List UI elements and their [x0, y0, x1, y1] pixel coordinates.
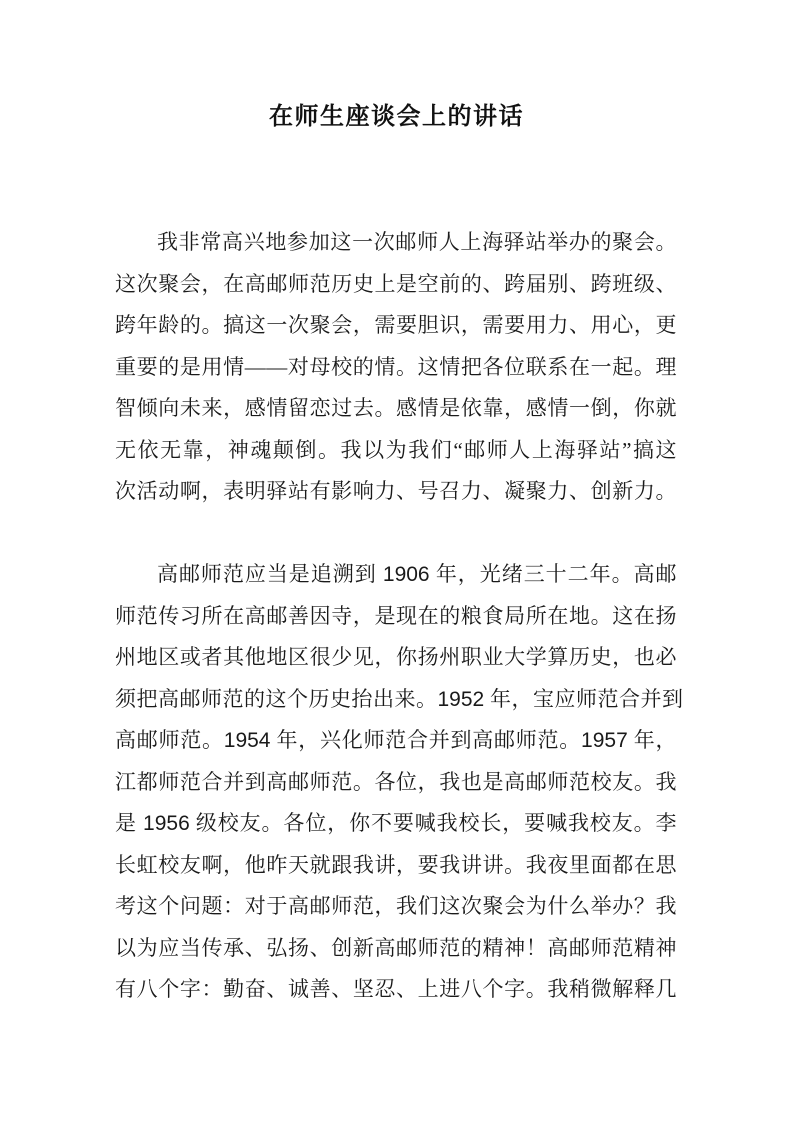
numeric-text: 1956	[143, 812, 190, 835]
document-page: 在师生座谈会上的讲话 我非常高兴地参加这一次邮师人上海驿站举办的聚会。这次聚会，…	[0, 0, 793, 1122]
text-line: 考这个问题：对于高邮师范，我们这次聚会为什么举办？我	[115, 886, 677, 928]
text-line: 重要的是用情——对母校的情。这情把各位联系在一起。理	[115, 347, 677, 389]
text-line: 须把高邮师范的这个历史抬出来。1952 年，宝应师范合并到	[115, 679, 677, 721]
text-line: 长虹校友啊，他昨天就跟我讲，要我讲讲。我夜里面都在思	[115, 845, 677, 887]
text-line: 这次聚会，在高邮师范历史上是空前的、跨届别、跨班级、	[115, 264, 677, 306]
text-line: 以为应当传承、弘扬、创新高邮师范的精神！高邮师范精神	[115, 928, 677, 970]
document-body: 我非常高兴地参加这一次邮师人上海驿站举办的聚会。这次聚会，在高邮师范历史上是空前…	[115, 222, 677, 1052]
numeric-text: 1952	[438, 688, 485, 711]
text-line: 我非常高兴地参加这一次邮师人上海驿站举办的聚会。	[115, 222, 677, 264]
document-title: 在师生座谈会上的讲话	[0, 96, 793, 131]
text-line: 有八个字：勤奋、诚善、坚忍、上进八个字。我稍微解释几	[115, 969, 677, 1011]
text-line: 师范传习所在高邮善因寺，是现在的粮食局所在地。这在扬	[115, 596, 677, 638]
numeric-text: 1957	[581, 729, 628, 752]
text-line: 江都师范合并到高邮师范。各位，我也是高邮师范校友。我	[115, 762, 677, 804]
numeric-text: 1954	[224, 729, 271, 752]
text-line: 高邮师范。1954 年，兴化师范合并到高邮师范。1957 年，	[115, 720, 677, 762]
text-line: 智倾向未来，感情留恋过去。感情是依靠，感情一倒，你就	[115, 388, 677, 430]
text-line: 高邮师范应当是追溯到 1906 年，光绪三十二年。高邮	[115, 554, 677, 596]
paragraph: 我非常高兴地参加这一次邮师人上海驿站举办的聚会。这次聚会，在高邮师范历史上是空前…	[115, 222, 677, 513]
text-line: 次活动啊，表明驿站有影响力、号召力、凝聚力、创新力。	[115, 471, 677, 513]
text-line: 州地区或者其他地区很少见，你扬州职业大学算历史，也必	[115, 637, 677, 679]
text-line: 无依无靠，神魂颠倒。我以为我们“邮师人上海驿站”搞这	[115, 430, 677, 472]
text-line: 跨年龄的。搞这一次聚会，需要胆识，需要用力、用心，更	[115, 305, 677, 347]
numeric-text: 1906	[383, 563, 430, 586]
text-line: 是 1956 级校友。各位，你不要喊我校长，要喊我校友。李	[115, 803, 677, 845]
paragraph: 高邮师范应当是追溯到 1906 年，光绪三十二年。高邮师范传习所在高邮善因寺，是…	[115, 554, 677, 1011]
